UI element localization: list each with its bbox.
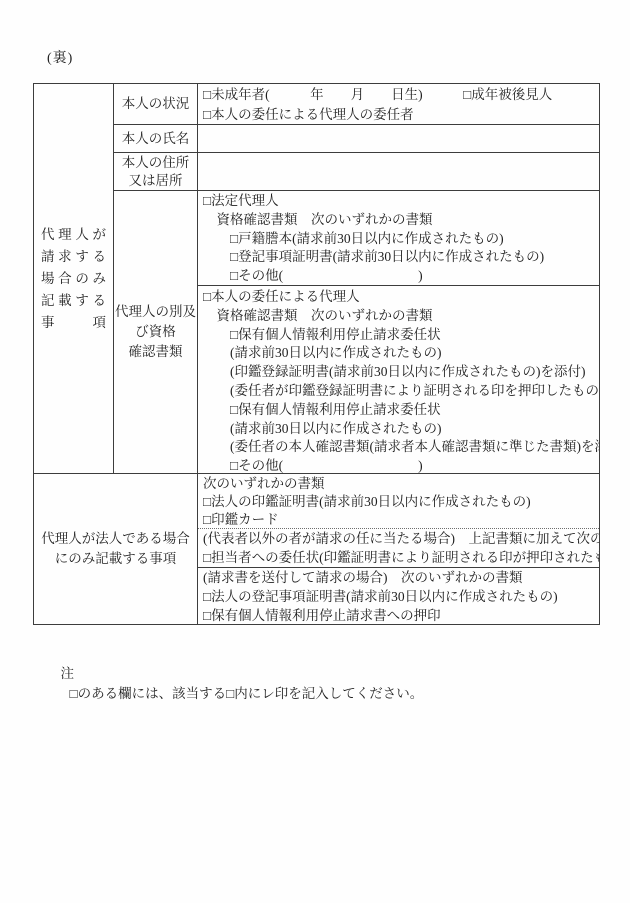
applicant-scope-line: 請求する bbox=[41, 246, 106, 268]
form-line: □登記事項証明書(請求前30日以内に作成されたもの) bbox=[203, 248, 599, 267]
corporate-docs-cell-b: (代表者以外の者が請求の任に当たる場合) 上記書類に加えて次の書類 □担当者への… bbox=[198, 529, 599, 568]
corporate-section-label-cell: 代理人が法人である場合 にのみ記載する事項 bbox=[34, 474, 198, 624]
form-line: 次のいずれかの書類 bbox=[203, 475, 599, 493]
form-line: 資格確認書類 次のいずれかの書類 bbox=[203, 211, 599, 230]
form-line: □保有個人情報利用停止請求委任状 bbox=[203, 401, 599, 420]
form-line: □法人の印鑑証明書(請求前30日以内に作成されたもの) bbox=[203, 493, 599, 511]
form-line: (委任者の本人確認書類(請求者本人確認書類に準じた書類)を添付) bbox=[203, 438, 599, 457]
principal-address-label-cell: 本人の住所 又は居所 bbox=[114, 153, 198, 191]
principal-address-label: 本人の住所 bbox=[122, 154, 190, 172]
agent-type-label-line: 確認書類 bbox=[129, 342, 183, 362]
agent-type-label-line: び資格 bbox=[135, 322, 176, 342]
form-line: (委任者が印鑑登録証明書により証明される印を押印したもの) bbox=[203, 382, 599, 401]
form-line: 資格確認書類 次のいずれかの書類 bbox=[203, 307, 599, 326]
footnote-text: □のある欄には、該当する□内にレ印を記入してください。 bbox=[70, 686, 424, 701]
form-line: (請求前30日以内に作成されたもの) bbox=[203, 420, 599, 439]
principal-status-label-cell: 本人の状況 bbox=[114, 84, 198, 125]
principal-status-value-cell: □未成年者( 年 月 日生) □成年被後見人 □本人の委任による代理人の委任者 bbox=[198, 84, 599, 125]
form-line: (請求書を送付して請求の場合) 次のいずれかの書類 bbox=[203, 569, 599, 588]
principal-name-label: 本人の氏名 bbox=[122, 129, 190, 149]
form-line: □印鑑カード bbox=[203, 511, 599, 529]
applicant-scope-line: 記載する bbox=[41, 290, 106, 312]
principal-status-line: □未成年者( 年 月 日生) □成年被後見人 bbox=[203, 85, 599, 105]
footnote-prefix: 注 bbox=[61, 666, 75, 681]
form-line: (請求前30日以内に作成されたもの) bbox=[203, 344, 599, 363]
form-line: □保有個人情報利用停止請求委任状 bbox=[203, 326, 599, 345]
principal-name-label-cell: 本人の氏名 bbox=[114, 125, 198, 153]
corporate-docs-cell-a: 次のいずれかの書類 □法人の印鑑証明書(請求前30日以内に作成されたもの) □印… bbox=[198, 474, 599, 529]
principal-address-value-cell bbox=[198, 153, 599, 191]
form-line: □その他( ) bbox=[203, 267, 599, 286]
entrusted-representative-cell: □本人の委任による代理人 資格確認書類 次のいずれかの書類 □保有個人情報利用停… bbox=[198, 286, 599, 474]
form-line: □戸籍謄本(請求前30日以内に作成されたもの) bbox=[203, 230, 599, 249]
principal-address-label: 又は居所 bbox=[129, 172, 183, 190]
form-line: (代表者以外の者が請求の任に当たる場合) 上記書類に加えて次の書類 bbox=[203, 530, 599, 549]
corporate-section-label-line: 代理人が法人である場合 bbox=[41, 529, 190, 549]
form-line: □保有個人情報利用停止請求書への押印 bbox=[203, 607, 599, 624]
applicant-scope-cell: 代理人が 請求する 場合のみ 記載する 事項 bbox=[34, 84, 114, 474]
form-line: □本人の委任による代理人 bbox=[203, 288, 599, 307]
corporate-section-label-line: にのみ記載する事項 bbox=[55, 549, 177, 569]
applicant-scope-line: 場合のみ bbox=[41, 268, 106, 290]
form-line: □法人の登記事項証明書(請求前30日以内に作成されたもの) bbox=[203, 588, 599, 607]
agent-type-label-line: 代理人の別及 bbox=[115, 302, 196, 322]
agent-type-label-cell: 代理人の別及 び資格 確認書類 bbox=[114, 191, 198, 474]
applicant-scope-line: 代理人が bbox=[41, 224, 106, 246]
legal-representative-cell: □法定代理人 資格確認書類 次のいずれかの書類 □戸籍謄本(請求前30日以内に作… bbox=[198, 191, 599, 286]
principal-status-line: □本人の委任による代理人の委任者 bbox=[203, 105, 599, 125]
corporate-docs-cell-c: (請求書を送付して請求の場合) 次のいずれかの書類 □法人の登記事項証明書(請求… bbox=[198, 568, 599, 624]
applicant-scope-line: 事項 bbox=[41, 312, 106, 334]
form-line: (印鑑登録証明書(請求前30日以内に作成されたもの)を添付) bbox=[203, 363, 599, 382]
principal-status-label: 本人の状況 bbox=[122, 94, 190, 114]
footnote: 注 □のある欄には、該当する□内にレ印を記入してください。 bbox=[47, 646, 423, 718]
side-label: (裏) bbox=[47, 47, 73, 67]
document-page: (裏) 代理人が 請求する 場合のみ 記載する 事項 本人の状況 □未成年者( … bbox=[0, 0, 630, 903]
principal-name-value-cell bbox=[198, 125, 599, 153]
form-table: 代理人が 請求する 場合のみ 記載する 事項 本人の状況 □未成年者( 年 月 … bbox=[33, 83, 600, 625]
form-line: □その他( ) bbox=[203, 457, 599, 474]
form-line: □担当者への委任状(印鑑証明書により証明される印が押印されたもの) bbox=[203, 549, 599, 568]
form-line: □法定代理人 bbox=[203, 192, 599, 211]
